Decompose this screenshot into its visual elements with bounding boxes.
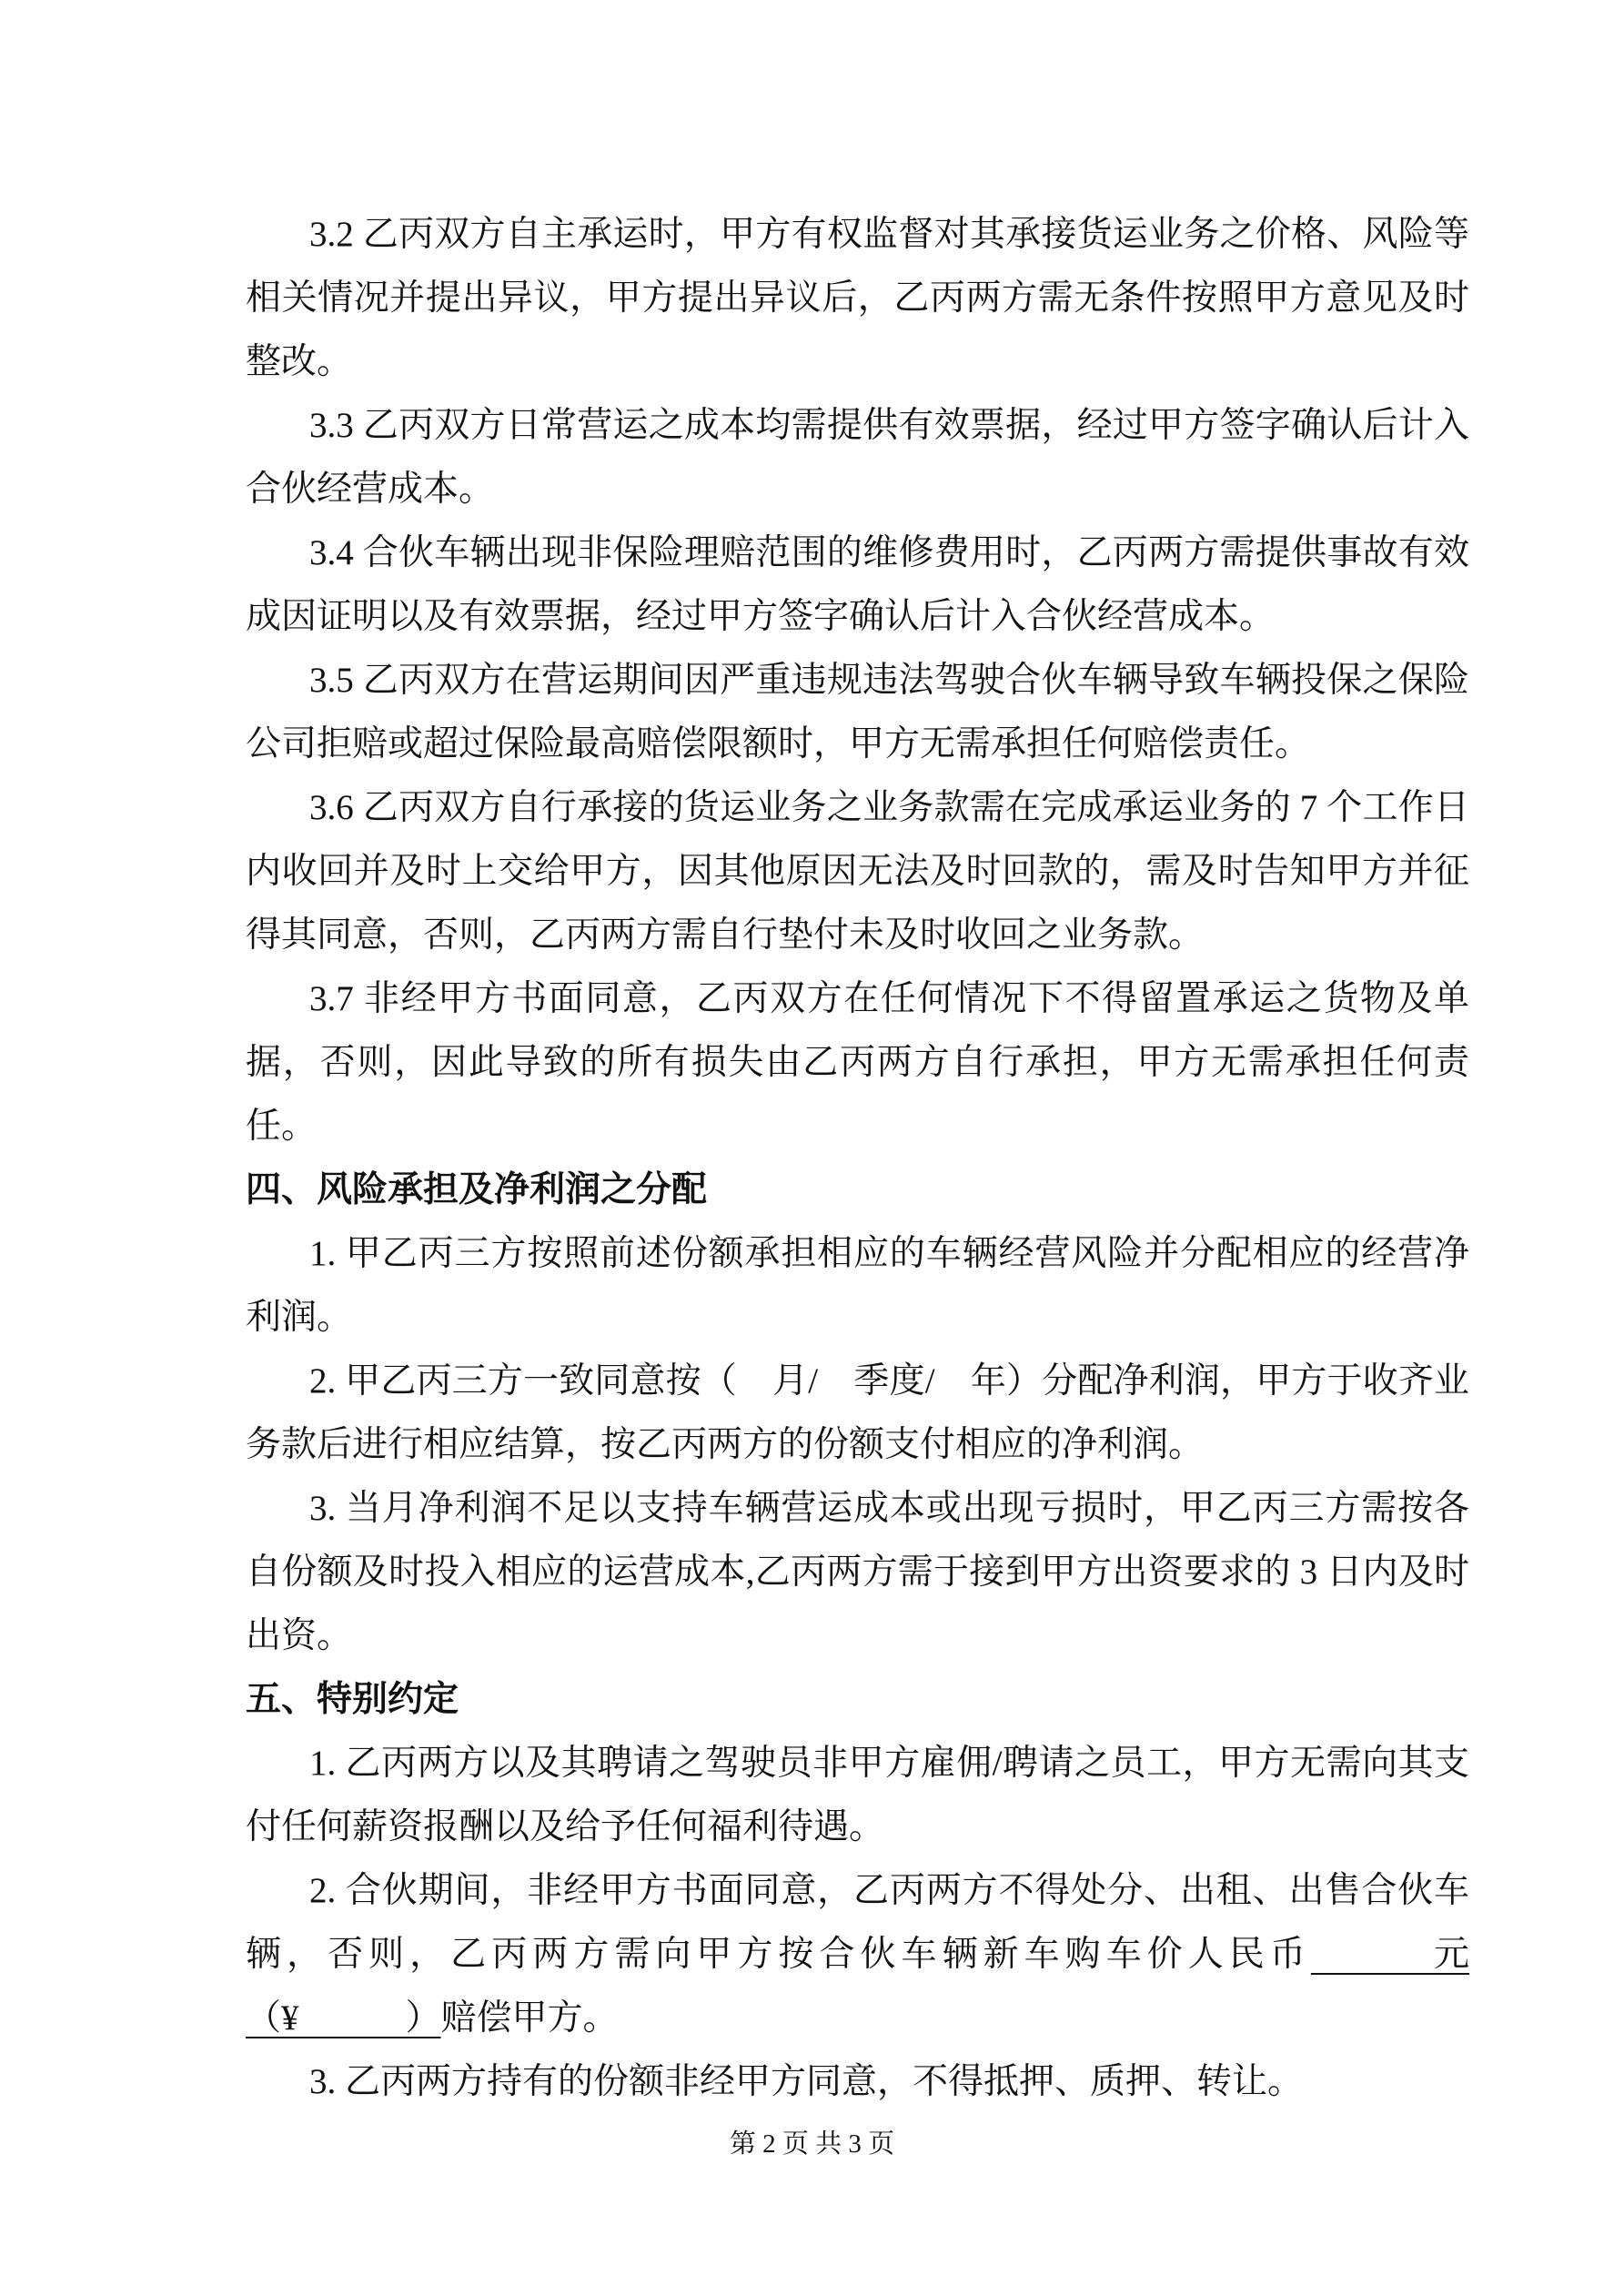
- clause-3-4: 3.4 合伙车辆出现非保险理赔范围的维修费用时，乙丙两方需提供事故有效成因证明以…: [246, 521, 1469, 649]
- section-heading-4: 四、风险承担及净利润之分配: [246, 1158, 1469, 1222]
- section-heading-5: 五、特别约定: [246, 1668, 1469, 1732]
- clause-4-1: 1. 甲乙丙三方按照前述份额承担相应的车辆经营风险并分配相应的经营净利润。: [246, 1222, 1469, 1350]
- contract-body: 3.2 乙丙双方自主承运时，甲方有权监督对其承接货运业务之价格、风险等相关情况并…: [246, 203, 1469, 2114]
- clause-5-2-prefix: 2. 合伙期间，非经甲方书面同意，乙丙两方不得处分、出租、出售合伙车辆，否则，乙…: [246, 1871, 1469, 1974]
- clause-5-1: 1. 乙丙两方以及其聘请之驾驶员非甲方雇佣/聘请之员工，甲方无需向其支付任何薪资…: [246, 1732, 1469, 1859]
- clause-5-3: 3. 乙丙两方持有的份额非经甲方同意，不得抵押、质押、转让。: [246, 2050, 1469, 2114]
- clause-4-2: 2. 甲乙丙三方一致同意按（ 月/ 季度/ 年）分配净利润，甲方于收齐业务款后进…: [246, 1350, 1469, 1477]
- clause-5-2: 2. 合伙期间，非经甲方书面同意，乙丙两方不得处分、出租、出售合伙车辆，否则，乙…: [246, 1859, 1469, 2050]
- clause-3-7: 3.7 非经甲方书面同意，乙丙双方在任何情况下不得留置承运之货物及单据，否则，因…: [246, 967, 1469, 1158]
- clause-3-3: 3.3 乙丙双方日常营运之成本均需提供有效票据，经过甲方签字确认后计入合伙经营成…: [246, 394, 1469, 521]
- clause-5-2-suffix: 赔偿甲方。: [441, 1998, 619, 2038]
- clause-3-6: 3.6 乙丙双方自行承接的货运业务之业务款需在完成承运业务的 7 个工作日内收回…: [246, 776, 1469, 967]
- clause-4-3: 3. 当月净利润不足以支持车辆营运成本或出现亏损时，甲乙丙三方需按各自份额及时投…: [246, 1477, 1469, 1668]
- page-footer: 第 2 页 共 3 页: [0, 2128, 1624, 2160]
- clause-3-2: 3.2 乙丙双方自主承运时，甲方有权监督对其承接货运业务之价格、风险等相关情况并…: [246, 203, 1469, 394]
- document-page: 3.2 乙丙双方自主承运时，甲方有权监督对其承接货运业务之价格、风险等相关情况并…: [0, 0, 1624, 2296]
- clause-3-5: 3.5 乙丙双方在营运期间因严重违规违法驾驶合伙车辆导致车辆投保之保险公司拒赔或…: [246, 649, 1469, 776]
